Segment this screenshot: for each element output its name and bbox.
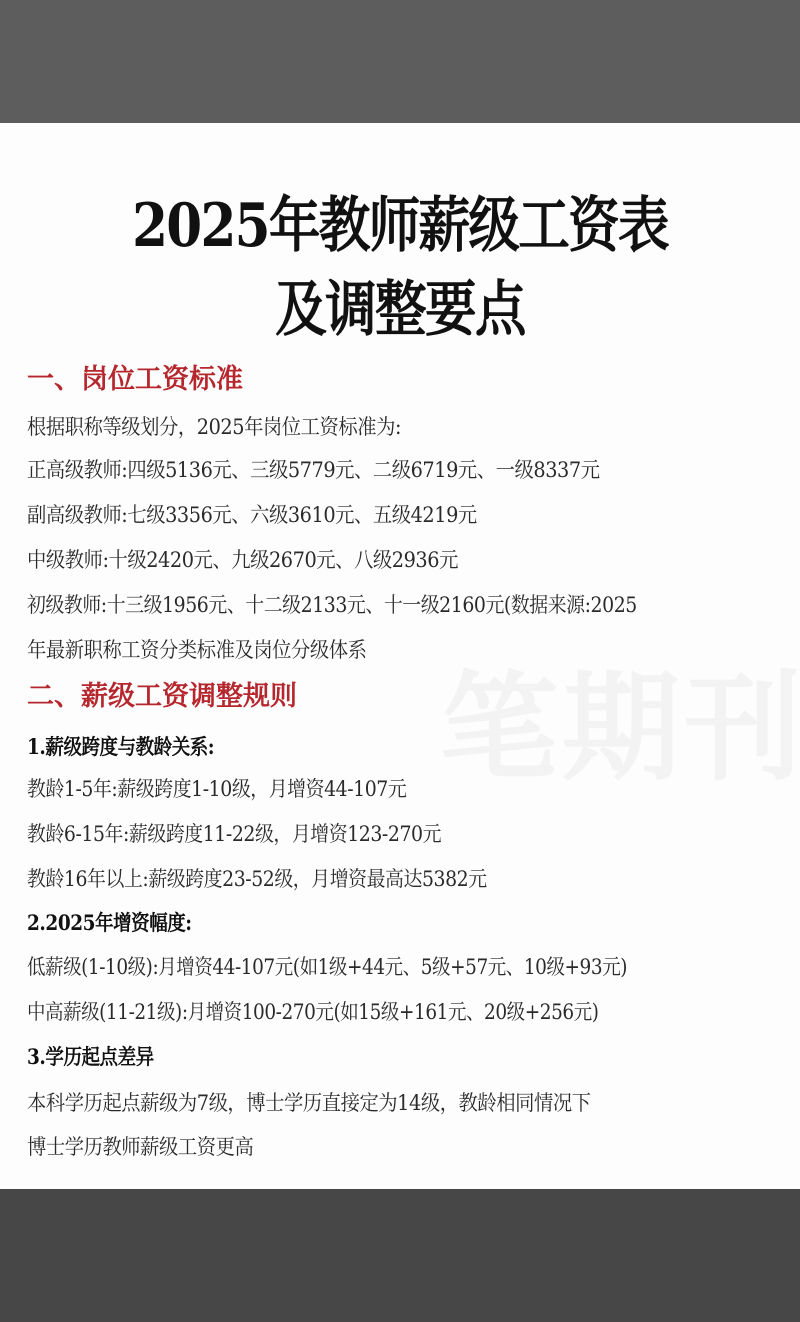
raise-row-text: 低薪级(1-10级):月增资44-107元(如1级+44元、5级+57元、10级… (27, 957, 627, 978)
seniority-row: 教龄6-15年:薪级跨度11-22级，月增资123-270元 (27, 824, 487, 845)
salary-row-text: 副高级教师:七级3356元、六级3610元、五级4219元 (27, 505, 477, 526)
section-1-intro-text: 根据职称等级划分，2025年岗位工资标准为: (27, 417, 401, 438)
salary-row-senior: 正高级教师:四级5136元、三级5779元、二级6719元、一级8337元 (27, 460, 649, 481)
seniority-row-text: 教龄1-5年:薪级跨度1-10级，月增资44-107元 (27, 779, 406, 800)
raise-row-text: 中高薪级(11-21级):月增资100-270元(如15级+161元、20级+2… (27, 1002, 599, 1023)
education-row-text: 博士学历教师薪级工资更高 (27, 1137, 253, 1158)
raise-row-low: 低薪级(1-10级):月增资44-107元(如1级+44元、5级+57元、10级… (27, 957, 709, 978)
section-1-heading: 一、岗位工资标准 (27, 366, 243, 393)
page-title-line-2: 及调整要点 (56, 280, 744, 340)
salary-row-text: 正高级教师:四级5136元、三级5779元、二级6719元、一级8337元 (27, 460, 600, 481)
salary-row-text: 中级教师:十级2420元、九级2670元、八级2936元 (27, 550, 458, 571)
education-row: 本科学历起点薪级为7级，博士学历直接定为14级，教龄相同情况下 (27, 1093, 640, 1114)
subsection-heading-text: 1.薪级跨度与教龄关系: (27, 736, 214, 757)
salary-row-associate-senior: 副高级教师:七级3356元、六级3610元、五级4219元 (27, 505, 516, 526)
section-1-intro: 根据职称等级划分，2025年岗位工资标准为: (27, 417, 434, 438)
watermark: 笔期刊 (440, 633, 800, 803)
seniority-row: 教龄16年以上:薪级跨度23-52级，月增资最高达5382元 (27, 869, 538, 890)
salary-row-text: 初级教师:十三级1956元、十二级2133元、十一级2160元(数据来源:202… (27, 595, 637, 616)
top-letterbox-bar (0, 0, 800, 123)
subsection-2-heading: 2.2025年增资幅度: (27, 912, 214, 933)
raise-row-mid-high: 中高薪级(11-21级):月增资100-270元(如15级+161元、20级+2… (27, 1002, 676, 1023)
seniority-row-text: 教龄16年以上:薪级跨度23-52级，月增资最高达5382元 (27, 869, 487, 890)
seniority-row: 教龄1-5年:薪级跨度1-10级，月增资44-107元 (27, 779, 448, 800)
subsection-heading-text: 2.2025年增资幅度: (27, 912, 192, 933)
bottom-letterbox-bar (0, 1189, 800, 1322)
salary-row-text: 年最新职称工资分类标准及岗位分级体系 (27, 640, 366, 661)
salary-row-junior: 初级教师:十三级1956元、十二级2133元、十一级2160元(数据来源:202… (27, 595, 705, 616)
document-page: 笔期刊 2025年教师薪级工资表 及调整要点 一、岗位工资标准 根据职称等级划分… (0, 123, 800, 1189)
subsection-heading-text: 3.学历起点差异 (27, 1046, 154, 1067)
education-row: 博士学历教师薪级工资更高 (27, 1137, 273, 1158)
page-title-line-1: 2025年教师薪级工资表 (56, 196, 744, 256)
subsection-1-heading: 1.薪级跨度与教龄关系: (27, 736, 240, 757)
subsection-3-heading: 3.学历起点差异 (27, 1046, 171, 1067)
salary-row-source-continued: 年最新职称工资分类标准及岗位分级体系 (27, 640, 396, 661)
section-2-heading: 二、薪级工资调整规则 (27, 683, 297, 710)
education-row-text: 本科学历起点薪级为7级，博士学历直接定为14级，教龄相同情况下 (27, 1093, 591, 1114)
salary-row-intermediate: 中级教师:十级2420元、九级2670元、八级2936元 (27, 550, 495, 571)
seniority-row-text: 教龄6-15年:薪级跨度11-22级，月增资123-270元 (27, 824, 441, 845)
